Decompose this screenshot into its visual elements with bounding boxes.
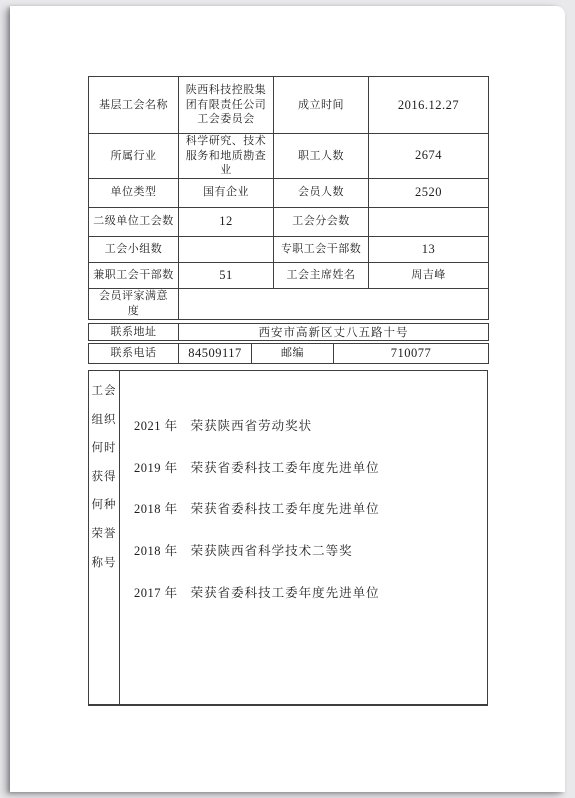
table-row: 工会小组数 专职工会干部数 13 bbox=[89, 236, 489, 262]
field-label-secondary-unions: 二级单位工会数 bbox=[89, 207, 179, 236]
table-row: 联系电话 84509117 邮编 710077 bbox=[89, 344, 489, 364]
field-label-founding-date: 成立时间 bbox=[274, 77, 369, 134]
table-row: 基层工会名称 陕西科技控股集团有限责任公司工会委员会 成立时间 2016.12.… bbox=[89, 77, 489, 134]
honors-side-label-part: 工会 bbox=[89, 377, 119, 406]
field-value-union-branches bbox=[369, 207, 489, 236]
field-value-parttime-cadres: 51 bbox=[179, 262, 274, 288]
field-label-contact-phone: 联系电话 bbox=[89, 344, 179, 364]
field-value-founding-date: 2016.12.27 bbox=[369, 77, 489, 134]
field-value-industry: 科学研究、技术服务和地质勘查业 bbox=[179, 134, 274, 179]
field-label-parttime-cadres: 兼职工会干部数 bbox=[89, 262, 179, 288]
field-value-member-satisfaction bbox=[179, 288, 489, 319]
honors-side-label-part: 组织 bbox=[89, 406, 119, 435]
field-value-postcode: 710077 bbox=[334, 344, 489, 364]
honor-year: 2018 年 bbox=[134, 499, 178, 517]
field-value-employee-count: 2674 bbox=[369, 134, 489, 179]
table-row: 兼职工会干部数 51 工会主席姓名 周吉峰 bbox=[89, 262, 489, 288]
honors-side-label-part: 何种 bbox=[89, 491, 119, 520]
honor-entry: 2018 年 荣获陕西省科学技术二等奖 bbox=[134, 529, 487, 571]
document-page: 基层工会名称 陕西科技控股集团有限责任公司工会委员会 成立时间 2016.12.… bbox=[10, 6, 565, 792]
honor-year: 2018 年 bbox=[134, 541, 178, 559]
honors-side-label-part: 获得 bbox=[89, 463, 119, 492]
honor-entry: 2018 年 荣获省委科技工委年度先进单位 bbox=[134, 488, 487, 530]
field-label-fulltime-cadres: 专职工会干部数 bbox=[274, 236, 369, 262]
honors-list: 2021 年 荣获陕西省劳动奖状 2019 年 荣获省委科技工委年度先进单位 2… bbox=[120, 371, 487, 704]
field-label-chairman-name: 工会主席姓名 bbox=[274, 262, 369, 288]
honor-year: 2019 年 bbox=[134, 458, 178, 476]
honors-side-label-part: 荣誉 bbox=[89, 520, 119, 549]
field-label-employee-count: 职工人数 bbox=[274, 134, 369, 179]
honor-year: 2021 年 bbox=[134, 416, 178, 434]
field-value-member-count: 2520 bbox=[369, 178, 489, 207]
field-value-secondary-unions: 12 bbox=[179, 207, 274, 236]
field-value-fulltime-cadres: 13 bbox=[369, 236, 489, 262]
honors-side-label-part: 何时 bbox=[89, 434, 119, 463]
field-label-union-name: 基层工会名称 bbox=[89, 77, 179, 134]
field-label-union-groups: 工会小组数 bbox=[89, 236, 179, 262]
field-label-member-satisfaction: 会员评家满意度 bbox=[89, 288, 179, 319]
field-label-postcode: 邮编 bbox=[252, 344, 334, 364]
table-row: 联系地址 西安市高新区丈八五路十号 bbox=[89, 324, 489, 341]
field-label-contact-address: 联系地址 bbox=[89, 324, 179, 341]
field-value-chairman-name: 周吉峰 bbox=[369, 262, 489, 288]
field-label-unit-type: 单位类型 bbox=[89, 178, 179, 207]
honors-side-label-part: 称号 bbox=[89, 549, 119, 578]
table-row: 二级单位工会数 12 工会分会数 bbox=[89, 207, 489, 236]
field-value-union-groups bbox=[179, 236, 274, 262]
honor-award: 荣获省委科技工委年度先进单位 bbox=[191, 458, 380, 476]
field-value-union-name: 陕西科技控股集团有限责任公司工会委员会 bbox=[179, 77, 274, 134]
honor-entry: 2019 年 荣获省委科技工委年度先进单位 bbox=[134, 446, 487, 488]
honors-side-label: 工会 组织 何时 获得 何种 荣誉 称号 bbox=[89, 371, 120, 704]
honor-award: 荣获陕西省科学技术二等奖 bbox=[191, 541, 353, 559]
contact-address-table: 联系地址 西安市高新区丈八五路十号 bbox=[88, 323, 489, 341]
field-value-unit-type: 国有企业 bbox=[179, 178, 274, 207]
honor-entry: 2017 年 荣获省委科技工委年度先进单位 bbox=[134, 571, 487, 613]
contact-phone-table: 联系电话 84509117 邮编 710077 bbox=[88, 343, 489, 364]
honor-year: 2017 年 bbox=[134, 583, 178, 601]
table-row: 单位类型 国有企业 会员人数 2520 bbox=[89, 178, 489, 207]
honor-award: 荣获省委科技工委年度先进单位 bbox=[191, 499, 380, 517]
table-row: 会员评家满意度 bbox=[89, 288, 489, 319]
union-info-table: 基层工会名称 陕西科技控股集团有限责任公司工会委员会 成立时间 2016.12.… bbox=[88, 76, 489, 320]
field-value-contact-address: 西安市高新区丈八五路十号 bbox=[179, 324, 489, 341]
field-label-industry: 所属行业 bbox=[89, 134, 179, 179]
honor-award: 荣获省委科技工委年度先进单位 bbox=[191, 583, 380, 601]
honors-section: 工会 组织 何时 获得 何种 荣誉 称号 2021 年 荣获陕西省劳动奖状 20… bbox=[88, 370, 488, 706]
field-value-contact-phone: 84509117 bbox=[179, 344, 252, 364]
honor-award: 荣获陕西省劳动奖状 bbox=[191, 416, 313, 434]
document-backdrop: 基层工会名称 陕西科技控股集团有限责任公司工会委员会 成立时间 2016.12.… bbox=[0, 0, 575, 798]
honor-entry: 2021 年 荣获陕西省劳动奖状 bbox=[134, 404, 487, 446]
field-label-member-count: 会员人数 bbox=[274, 178, 369, 207]
field-label-union-branches: 工会分会数 bbox=[274, 207, 369, 236]
table-row: 所属行业 科学研究、技术服务和地质勘查业 职工人数 2674 bbox=[89, 134, 489, 179]
